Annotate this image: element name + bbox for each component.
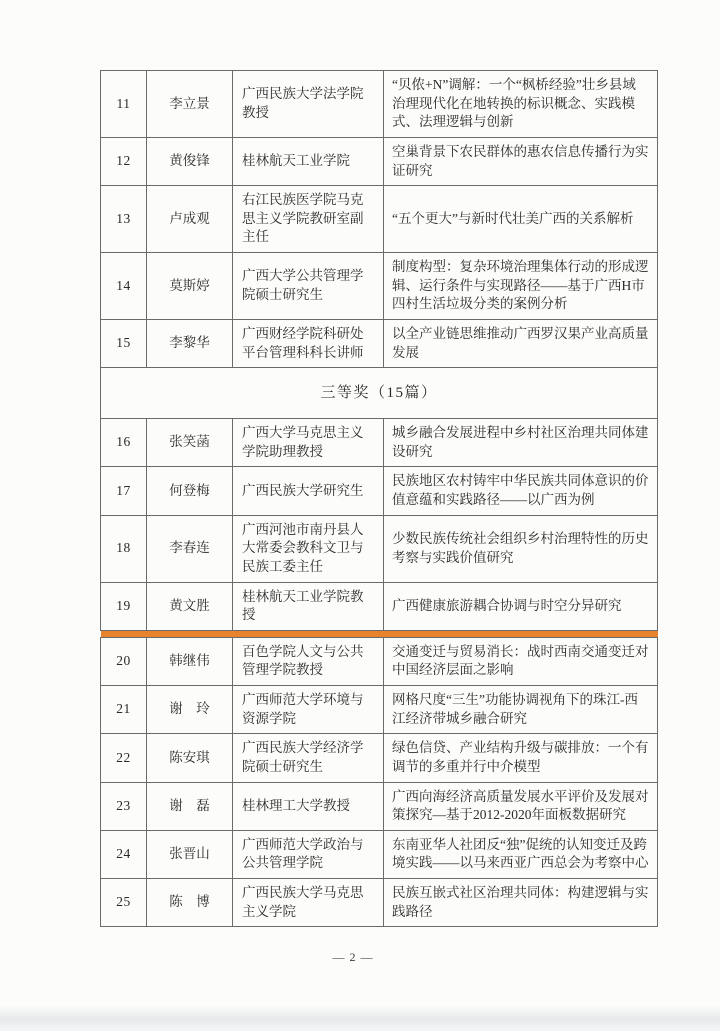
rank-cell: 23 [101, 782, 147, 830]
section-header-row: 三等奖（15篇） [101, 368, 658, 419]
rank-cell: 24 [101, 830, 147, 878]
table-row: 22 陈安琪 广西民族大学经济学院硕士研究生 绿色信贷、产业结构升级与碳排放：一… [101, 734, 658, 782]
name-cell: 谢 玲 [147, 686, 233, 734]
rank-cell: 18 [101, 515, 147, 582]
paper-title-cell: 东南亚华人社团反“独”促统的认知变迁及跨境实践——以马来西亚广西总会为考察中心 [384, 830, 658, 878]
name-cell: 谢 磊 [147, 782, 233, 830]
name-cell: 张笑菡 [147, 419, 233, 467]
paper-title-cell: 广西健康旅游耦合协调与时空分异研究 [384, 582, 658, 630]
rank-cell: 13 [101, 186, 147, 253]
paper-title-cell: 民族地区农村铸牢中华民族共同体意识的价值意蕴和实践路径——以广西为例 [384, 467, 658, 515]
rank-cell: 11 [101, 71, 147, 138]
highlight-line [101, 630, 658, 637]
rank-cell: 15 [101, 319, 147, 367]
rank-cell: 25 [101, 879, 147, 927]
rank-cell: 19 [101, 582, 147, 630]
table-row: 24 张晋山 广西师范大学政治与公共管理学院 东南亚华人社团反“独”促统的认知变… [101, 830, 658, 878]
paper-title-cell: 网格尺度“三生”功能协调视角下的珠江-西江经济带城乡融合研究 [384, 686, 658, 734]
paper-title-cell: 广西向海经济高质量发展水平评价及发展对策探究—基于2012-2020年面板数据研… [384, 782, 658, 830]
name-cell: 黄俊锋 [147, 137, 233, 185]
section-header: 三等奖（15篇） [101, 368, 658, 419]
affiliation-cell: 桂林航天工业学院 [233, 137, 384, 185]
affiliation-cell: 右江民族医学院马克思主义学院教研室副主任 [233, 186, 384, 253]
table-row: 16 张笑菡 广西大学马克思主义学院助理教授 城乡融合发展进程中乡村社区治理共同… [101, 419, 658, 467]
affiliation-cell: 广西河池市南丹县人大常委会教科文卫与民族工委主任 [233, 515, 384, 582]
name-cell: 韩继伟 [147, 637, 233, 685]
table-row: 11 李立景 广西民族大学法学院教授 “贝侬+N”调解：一个“枫桥经验”壮乡县域… [101, 71, 658, 138]
name-cell: 卢成观 [147, 186, 233, 253]
name-cell: 莫斯婷 [147, 253, 233, 320]
affiliation-cell: 广西大学马克思主义学院助理教授 [233, 419, 384, 467]
table-row: 18 李春连 广西河池市南丹县人大常委会教科文卫与民族工委主任 少数民族传统社会… [101, 515, 658, 582]
page-number: — 2 — [0, 950, 706, 965]
affiliation-cell: 广西民族大学经济学院硕士研究生 [233, 734, 384, 782]
table-row: 21 谢 玲 广西师范大学环境与资源学院 网格尺度“三生”功能协调视角下的珠江-… [101, 686, 658, 734]
table-row: 12 黄俊锋 桂林航天工业学院 空巢背景下农民群体的惠农信息传播行为实证研究 [101, 137, 658, 185]
paper-title-cell: 城乡融合发展进程中乡村社区治理共同体建设研究 [384, 419, 658, 467]
paper-title-cell: 绿色信贷、产业结构升级与碳排放：一个有调节的多重并行中介模型 [384, 734, 658, 782]
paper-title-cell: 民族互嵌式社区治理共同体：构建逻辑与实践路径 [384, 879, 658, 927]
table-row-highlighted: 19 黄文胜 桂林航天工业学院教授 广西健康旅游耦合协调与时空分异研究 [101, 582, 658, 630]
paper-title-cell: 交通变迁与贸易消长：战时西南交通变迁对中国经济层面之影响 [384, 637, 658, 685]
affiliation-cell: 桂林航天工业学院教授 [233, 582, 384, 630]
table-row: 13 卢成观 右江民族医学院马克思主义学院教研室副主任 “五个更大”与新时代壮美… [101, 186, 658, 253]
rank-cell: 22 [101, 734, 147, 782]
award-table: 11 李立景 广西民族大学法学院教授 “贝侬+N”调解：一个“枫桥经验”壮乡县域… [100, 70, 658, 927]
affiliation-cell: 广西大学公共管理学院硕士研究生 [233, 253, 384, 320]
name-cell: 黄文胜 [147, 582, 233, 630]
rank-cell: 17 [101, 467, 147, 515]
affiliation-cell: 桂林理工大学教授 [233, 782, 384, 830]
affiliation-cell: 广西民族大学法学院教授 [233, 71, 384, 138]
rank-cell: 21 [101, 686, 147, 734]
paper-title-cell: “五个更大”与新时代壮美广西的关系解析 [384, 186, 658, 253]
rank-cell: 20 [101, 637, 147, 685]
table-row: 23 谢 磊 桂林理工大学教授 广西向海经济高质量发展水平评价及发展对策探究—基… [101, 782, 658, 830]
table-row: 15 李黎华 广西财经学院科研处平台管理科科长讲师 以全产业链思维推动广西罗汉果… [101, 319, 658, 367]
affiliation-cell: 广西财经学院科研处平台管理科科长讲师 [233, 319, 384, 367]
scan-edge-shadow [0, 1005, 720, 1031]
paper-title-cell: 少数民族传统社会组织乡村治理特性的历史考察与实践价值研究 [384, 515, 658, 582]
rank-cell: 14 [101, 253, 147, 320]
document-page: 11 李立景 广西民族大学法学院教授 “贝侬+N”调解：一个“枫桥经验”壮乡县域… [0, 0, 720, 1031]
name-cell: 何登梅 [147, 467, 233, 515]
table-row: 20 韩继伟 百色学院人文与公共管理学院教授 交通变迁与贸易消长：战时西南交通变… [101, 637, 658, 685]
affiliation-cell: 广西师范大学环境与资源学院 [233, 686, 384, 734]
affiliation-cell: 广西师范大学政治与公共管理学院 [233, 830, 384, 878]
name-cell: 李黎华 [147, 319, 233, 367]
affiliation-cell: 广西民族大学研究生 [233, 467, 384, 515]
name-cell: 陈 博 [147, 879, 233, 927]
name-cell: 张晋山 [147, 830, 233, 878]
paper-title-cell: 以全产业链思维推动广西罗汉果产业高质量发展 [384, 319, 658, 367]
table-row: 25 陈 博 广西民族大学马克思主义学院 民族互嵌式社区治理共同体：构建逻辑与实… [101, 879, 658, 927]
paper-title-cell: 制度构型：复杂环境治理集体行动的形成逻辑、运行条件与实现路径——基于广西H市四村… [384, 253, 658, 320]
rank-cell: 16 [101, 419, 147, 467]
affiliation-cell: 百色学院人文与公共管理学院教授 [233, 637, 384, 685]
table-row: 14 莫斯婷 广西大学公共管理学院硕士研究生 制度构型：复杂环境治理集体行动的形… [101, 253, 658, 320]
rank-cell: 12 [101, 137, 147, 185]
table-row: 17 何登梅 广西民族大学研究生 民族地区农村铸牢中华民族共同体意识的价值意蕴和… [101, 467, 658, 515]
highlight-underline-row [101, 630, 658, 637]
paper-title-cell: “贝侬+N”调解：一个“枫桥经验”壮乡县域治理现代化在地转换的标识概念、实践模式… [384, 71, 658, 138]
name-cell: 李立景 [147, 71, 233, 138]
name-cell: 陈安琪 [147, 734, 233, 782]
affiliation-cell: 广西民族大学马克思主义学院 [233, 879, 384, 927]
name-cell: 李春连 [147, 515, 233, 582]
paper-title-cell: 空巢背景下农民群体的惠农信息传播行为实证研究 [384, 137, 658, 185]
